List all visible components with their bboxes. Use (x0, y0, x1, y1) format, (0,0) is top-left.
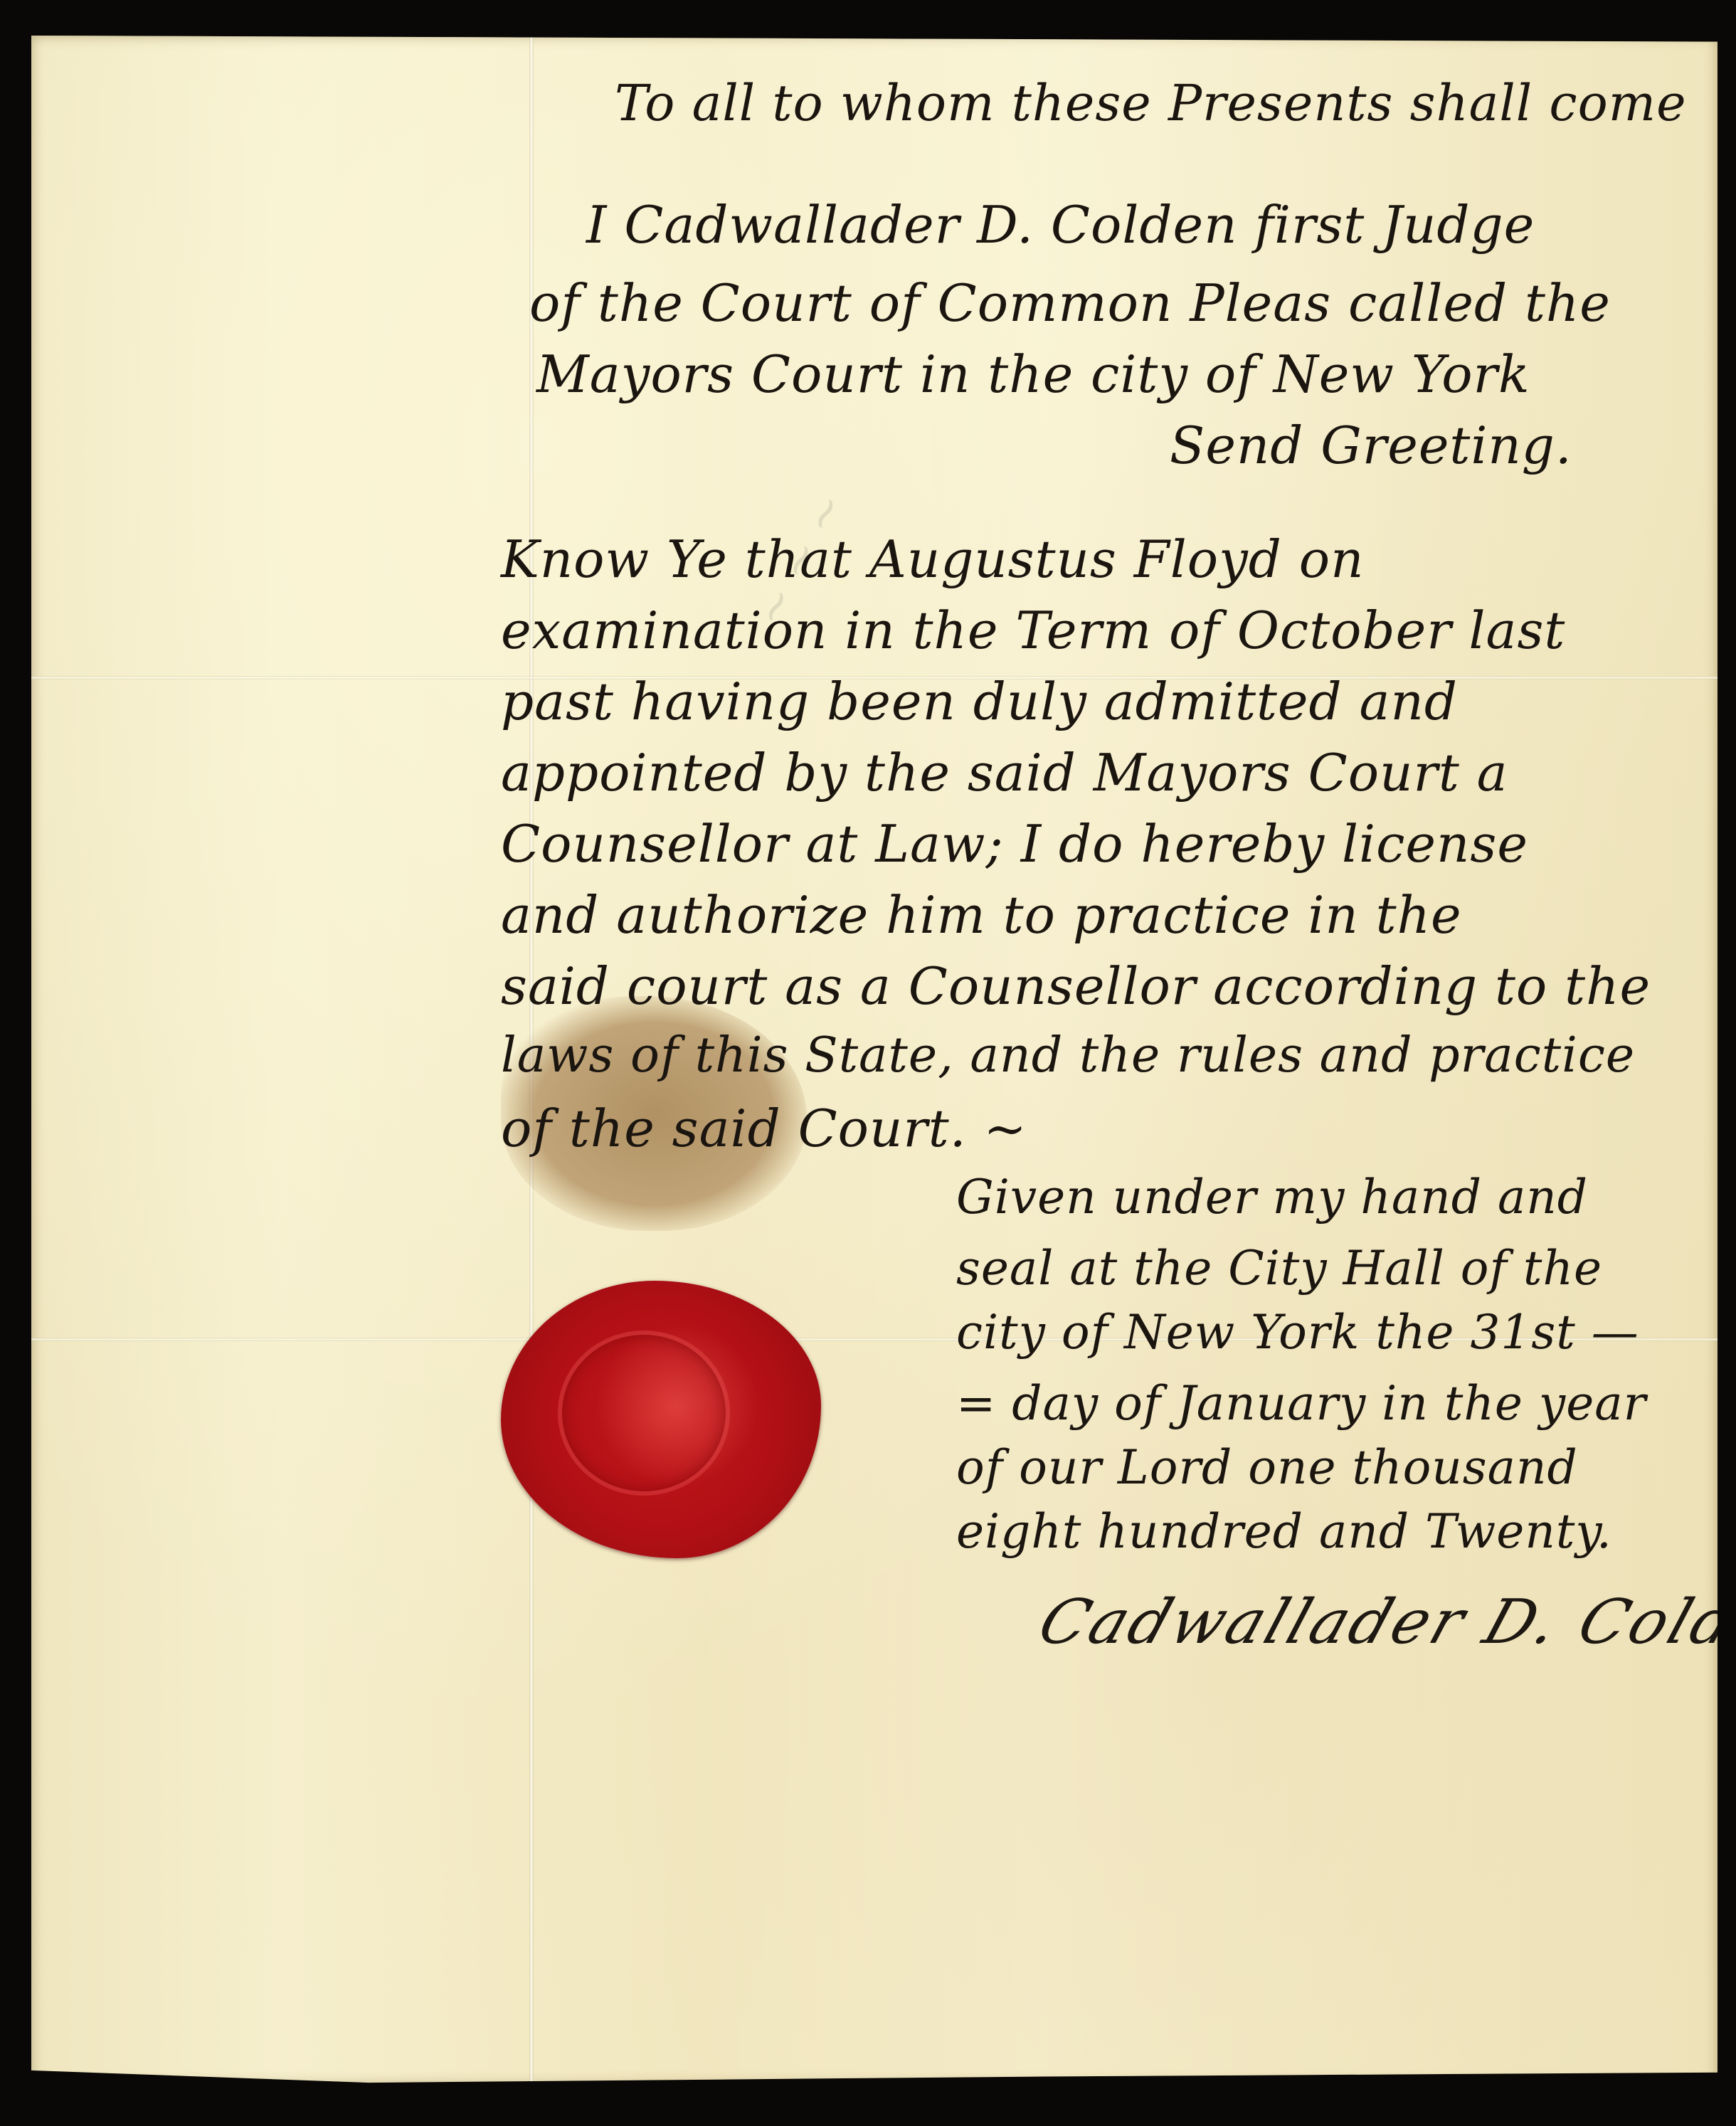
salutation-line: Send Greeting. (1170, 420, 1572, 471)
attestation-line: Given under my hand and (956, 1174, 1588, 1221)
body-line: said court as a Counsellor according to … (501, 961, 1651, 1012)
attestation-line: = day of January in the year (956, 1380, 1646, 1427)
attestation-line: seal at the City Hall of the (956, 1245, 1602, 1292)
signature: Cadwallader D. Colden (1030, 1587, 1736, 1658)
intro-line: I Cadwallader D. Colden first Judge (586, 199, 1535, 250)
body-line: past having been duly admitted and (501, 676, 1458, 727)
body-line: Counsellor at Law; I do hereby license (501, 818, 1528, 869)
document-page: ~ ~ ~ To all to whom these Presents shal… (31, 36, 1718, 2085)
attestation-line: city of New York the 31st — (956, 1309, 1639, 1356)
intro-line: Mayors Court in the city of New York (536, 349, 1530, 400)
red-wax-seal (501, 1281, 821, 1558)
body-line: appointed by the said Mayors Court a (501, 747, 1508, 798)
attestation-line: of our Lord one thousand (956, 1444, 1578, 1491)
body-line: examination in the Term of October last (501, 605, 1565, 656)
body-line: and authorize him to practice in the (501, 889, 1462, 941)
body-line: laws of this State, and the rules and pr… (501, 1032, 1635, 1080)
attestation-line: eight hundred and Twenty. (956, 1508, 1612, 1555)
greeting-line: To all to whom these Presents shall come (615, 78, 1687, 128)
intro-line: of the Court of Common Pleas called the (529, 277, 1611, 329)
body-line: of the said Court. ~ (501, 1103, 1027, 1154)
body-line: Know Ye that Augustus Floyd on (501, 534, 1364, 585)
